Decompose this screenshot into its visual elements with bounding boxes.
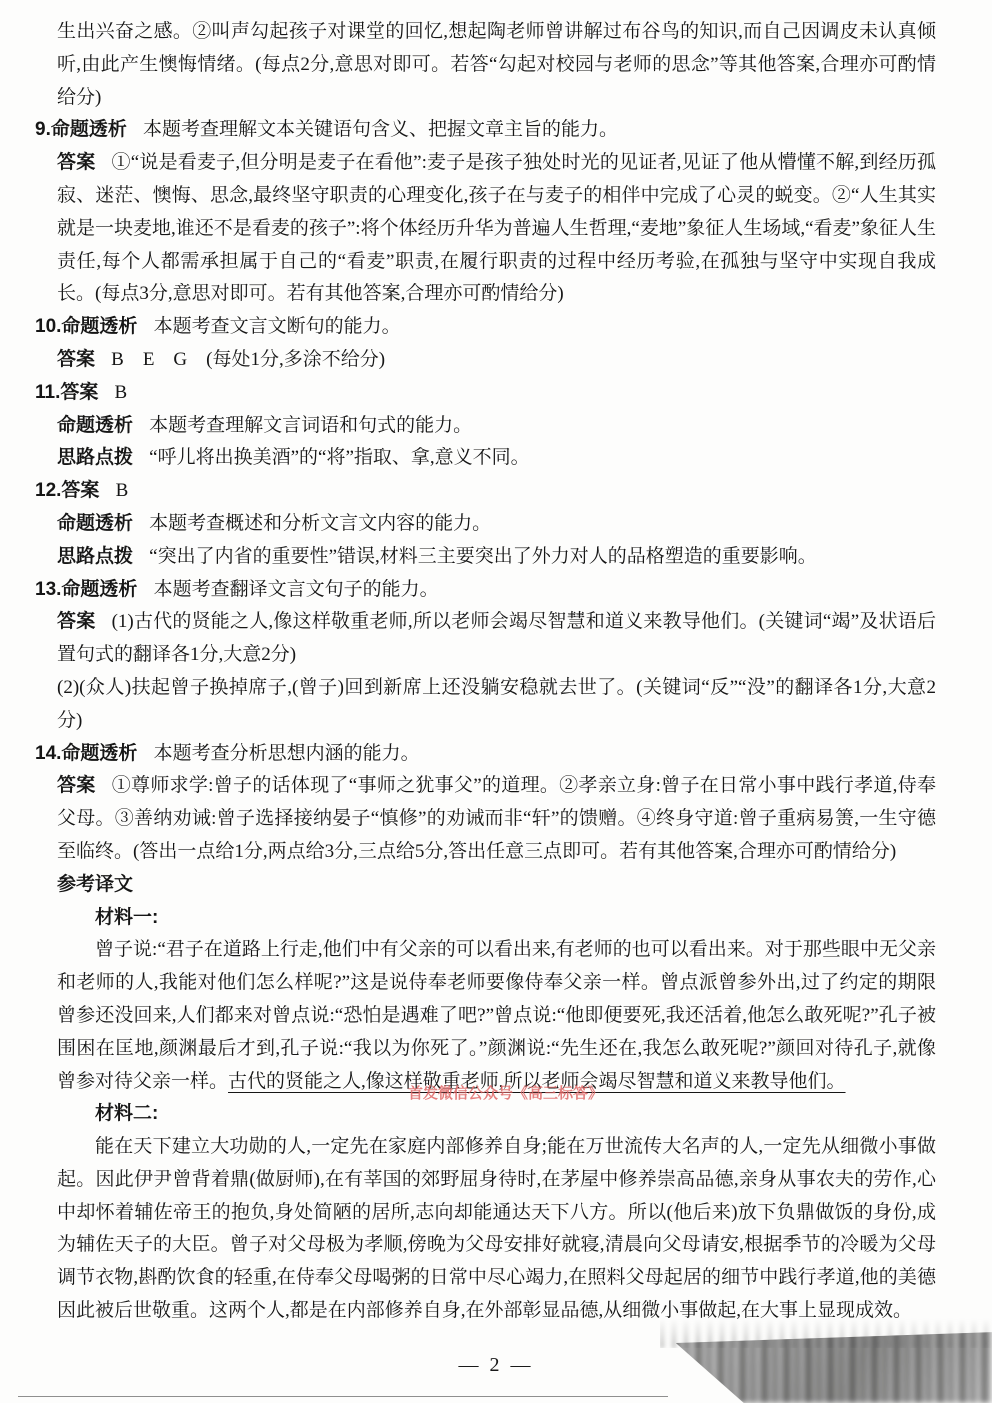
row-text: (2)(众人)扶起曾子换掉席子,(曾子)回到新席上还没躺安稳就去世了。(关键词“… <box>57 677 936 731</box>
section-label: 答案 <box>57 349 95 370</box>
item-row: 13.命题透析本题考查翻译文言文句子的能力。 <box>57 574 936 607</box>
item-row: 12.答案B <box>57 475 936 508</box>
material-2-paragraph: 能在天下建立大功勋的人,一定先在家庭内部修养自身;能在万世流传大名声的人,一定先… <box>57 1131 936 1328</box>
section-label: 答案 <box>60 382 98 403</box>
section-label: 答案 <box>57 152 95 173</box>
answer-item-11: 11.答案B 命题透析本题考查理解文言词语和句式的能力。 思路点拨“呼儿将出换美… <box>57 377 936 475</box>
section-label: 答案 <box>57 611 95 632</box>
section-label: 命题透析 <box>51 119 127 140</box>
material-1-paragraph: 曾子说:“君子在道路上行走,他们中有父亲的可以看出来,有老师的也可以看出来。对于… <box>57 934 936 1098</box>
item-number: 12. <box>35 480 61 501</box>
item-row: 11.答案B <box>57 377 936 410</box>
answer-item-13: 13.命题透析本题考查翻译文言文句子的能力。 答案(1)古代的贤能之人,像这样敬… <box>57 574 936 738</box>
row-text: 本题考查理解文本关键语句含义、把握文章主旨的能力。 <box>143 119 618 140</box>
row-text: 本题考查翻译文言文句子的能力。 <box>154 579 439 600</box>
section-label: 答案 <box>57 775 96 796</box>
item-row: 思路点拨“突出了内省的重要性”错误,材料三主要突出了外力对人的品格塑造的重要影响… <box>57 541 936 574</box>
answer-key-content: 生出兴奋之感。②叫声勾起孩子对课堂的回忆,想起陶老师曾讲解过布谷鸟的知识,而自己… <box>57 16 936 1328</box>
answer-item-10: 10.命题透析本题考查文言文断句的能力。 答案B E G (每处1分,多涂不给分… <box>57 311 936 377</box>
material-1-text: 曾子说:“君子在道路上行走,他们中有父亲的可以看出来,有老师的也可以看出来。对于… <box>57 939 936 1091</box>
row-text: (1)古代的贤能之人,像这样敬重老师,所以老师会竭尽智慧和道义来教导他们。(关键… <box>57 611 936 665</box>
item-row: 答案(1)古代的贤能之人,像这样敬重老师,所以老师会竭尽智慧和道义来教导他们。(… <box>57 606 936 672</box>
row-text: “突出了内省的重要性”错误,材料三主要突出了外力对人的品格塑造的重要影响。 <box>149 546 817 567</box>
item-row: 命题透析本题考查概述和分析文言文内容的能力。 <box>57 508 936 541</box>
translation-heading: 参考译文 <box>57 869 936 902</box>
item-number: 11. <box>35 382 60 403</box>
answer-item-14: 14.命题透析本题考查分析思想内涵的能力。 答案①尊师求学:曾子的话体现了“事师… <box>57 738 936 869</box>
footer-rule <box>18 1396 668 1397</box>
section-label: 命题透析 <box>57 513 133 534</box>
material-1-heading: 材料一: <box>57 902 936 935</box>
item-number: 9. <box>35 119 51 140</box>
item-number: 10. <box>35 316 61 337</box>
section-label: 命题透析 <box>61 579 137 600</box>
item-row: 10.命题透析本题考查文言文断句的能力。 <box>57 311 936 344</box>
item-row: 14.命题透析本题考查分析思想内涵的能力。 <box>57 738 936 771</box>
section-label: 思路点拨 <box>57 546 133 567</box>
section-label: 思路点拨 <box>57 447 133 468</box>
answer-item-9: 9.命题透析本题考查理解文本关键语句含义、把握文章主旨的能力。 答案①“说是看麦… <box>57 114 936 311</box>
item-number: 13. <box>35 579 61 600</box>
item-number: 14. <box>35 743 61 764</box>
section-label: 命题透析 <box>57 415 133 436</box>
continuation-paragraph: 生出兴奋之感。②叫声勾起孩子对课堂的回忆,想起陶老师曾讲解过布谷鸟的知识,而自己… <box>57 16 936 114</box>
row-text: B E G (每处1分,多涂不给分) <box>111 349 385 370</box>
row-text: “呼儿将出换美酒”的“将”指取、拿,意义不同。 <box>149 447 529 468</box>
item-row: 9.命题透析本题考查理解文本关键语句含义、把握文章主旨的能力。 <box>57 114 936 147</box>
material-2-heading: 材料二: <box>57 1098 936 1131</box>
row-text: 本题考查分析思想内涵的能力。 <box>154 743 420 764</box>
row-text: 本题考查理解文言词语和句式的能力。 <box>149 415 472 436</box>
row-text: 本题考查文言文断句的能力。 <box>154 316 401 337</box>
item-row: 答案①尊师求学:曾子的话体现了“事师之犹事父”的道理。②孝亲立身:曾子在日常小事… <box>57 770 936 868</box>
section-label: 答案 <box>61 480 99 501</box>
item-row: 答案B E G (每处1分,多涂不给分) <box>57 344 936 377</box>
watermark-text: 首发微信公众号《高三标答》 <box>408 1082 603 1103</box>
row-text: ①“说是看麦子,但分明是麦子在看他”:麦子是孩子独处时光的见证者,见证了他从懵懂… <box>57 152 936 304</box>
item-row: (2)(众人)扶起曾子换掉席子,(曾子)回到新席上还没躺安稳就去世了。(关键词“… <box>57 672 936 738</box>
item-row: 答案①“说是看麦子,但分明是麦子在看他”:麦子是孩子独处时光的见证者,见证了他从… <box>57 147 936 311</box>
section-label: 命题透析 <box>61 743 137 764</box>
section-label: 命题透析 <box>61 316 137 337</box>
document-page: 生出兴奋之感。②叫声勾起孩子对课堂的回忆,想起陶老师曾讲解过布谷鸟的知识,而自己… <box>0 0 992 1403</box>
item-row: 思路点拨“呼儿将出换美酒”的“将”指取、拿,意义不同。 <box>57 442 936 475</box>
row-text: ①尊师求学:曾子的话体现了“事师之犹事父”的道理。②孝亲立身:曾子在日常小事中践… <box>57 775 936 862</box>
item-row: 命题透析本题考查理解文言词语和句式的能力。 <box>57 410 936 443</box>
row-text: B <box>115 382 128 403</box>
answer-item-12: 12.答案B 命题透析本题考查概述和分析文言文内容的能力。 思路点拨“突出了内省… <box>57 475 936 573</box>
row-text: B <box>116 480 129 501</box>
row-text: 本题考查概述和分析文言文内容的能力。 <box>149 513 491 534</box>
